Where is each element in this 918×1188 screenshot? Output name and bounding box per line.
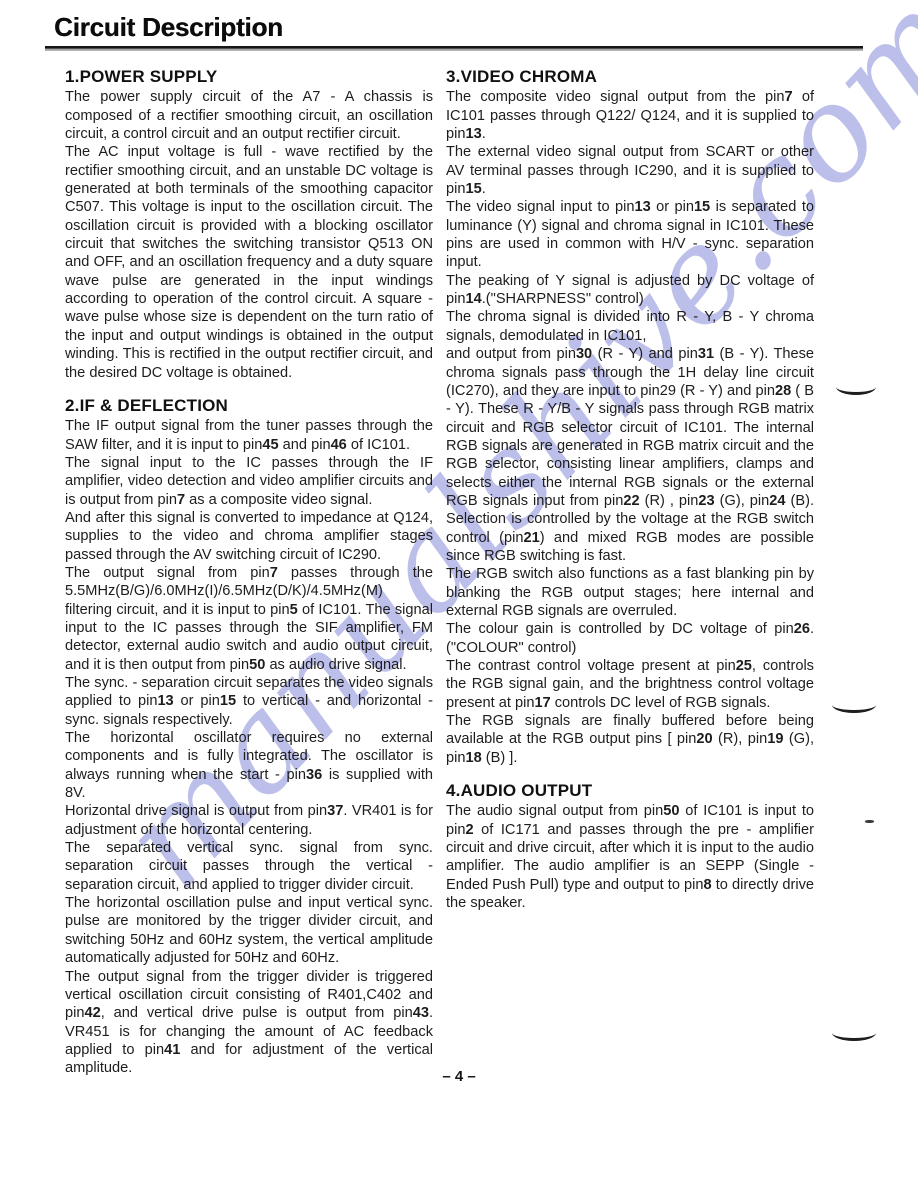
section-heading: 1.POWER SUPPLY (65, 68, 433, 86)
scan-artifact-dash (865, 820, 874, 823)
paragraph: The output signal from the trigger divid… (65, 968, 433, 1078)
paragraph: The RGB switch also functions as a fast … (446, 565, 814, 620)
paragraph: The horizontal oscillator requires no ex… (65, 729, 433, 802)
right-column: 3.VIDEO CHROMAThe composite video signal… (446, 68, 814, 912)
paragraph: The RGB signals are finally buffered bef… (446, 712, 814, 767)
section: 2.IF & DEFLECTIONThe IF output signal fr… (65, 397, 433, 1078)
paragraph: The audio signal output from pin50 of IC… (446, 802, 814, 912)
paragraph: The chroma signal is divided into R - Y,… (446, 308, 814, 345)
paragraph: The colour gain is controlled by DC volt… (446, 620, 814, 657)
paragraph: The signal input to the IC passes throug… (65, 454, 433, 509)
paragraph: The horizontal oscillation pulse and inp… (65, 894, 433, 967)
page-number: – 4 – (59, 1068, 859, 1085)
title-underline (45, 46, 863, 51)
section: 1.POWER SUPPLYThe power supply circuit o… (65, 68, 433, 382)
section-heading: 2.IF & DEFLECTION (65, 397, 433, 415)
paragraph: and output from pin30 (R - Y) and pin31 … (446, 345, 814, 565)
section-heading: 3.VIDEO CHROMA (446, 68, 814, 86)
paragraph: The composite video signal output from t… (446, 88, 814, 143)
page-title: Circuit Description (54, 12, 283, 43)
paragraph: And after this signal is converted to im… (65, 509, 433, 564)
scan-artifact-curve (836, 379, 876, 395)
manual-page: Circuit Description manualshive.com 1.PO… (0, 0, 918, 1188)
paragraph: The sync. - separation circuit separates… (65, 674, 433, 729)
section-heading: 4.AUDIO OUTPUT (446, 782, 814, 800)
paragraph: The IF output signal from the tuner pass… (65, 417, 433, 454)
paragraph: The external video signal output from SC… (446, 143, 814, 198)
section: 4.AUDIO OUTPUTThe audio signal output fr… (446, 782, 814, 912)
paragraph: The video signal input to pin13 or pin15… (446, 198, 814, 271)
paragraph: The separated vertical sync. signal from… (65, 839, 433, 894)
paragraph: Horizontal drive signal is output from p… (65, 802, 433, 839)
paragraph: The power supply circuit of the A7 - A c… (65, 88, 433, 143)
scan-artifact-curve (832, 1025, 876, 1041)
section: 3.VIDEO CHROMAThe composite video signal… (446, 68, 814, 767)
left-column: 1.POWER SUPPLYThe power supply circuit o… (65, 68, 433, 1078)
paragraph: The peaking of Y signal is adjusted by D… (446, 272, 814, 309)
paragraph: The contrast control voltage present at … (446, 657, 814, 712)
paragraph: The output signal from pin7 passes throu… (65, 564, 433, 674)
scan-artifact-curve (832, 697, 876, 713)
paragraph: The AC input voltage is full - wave rect… (65, 143, 433, 381)
